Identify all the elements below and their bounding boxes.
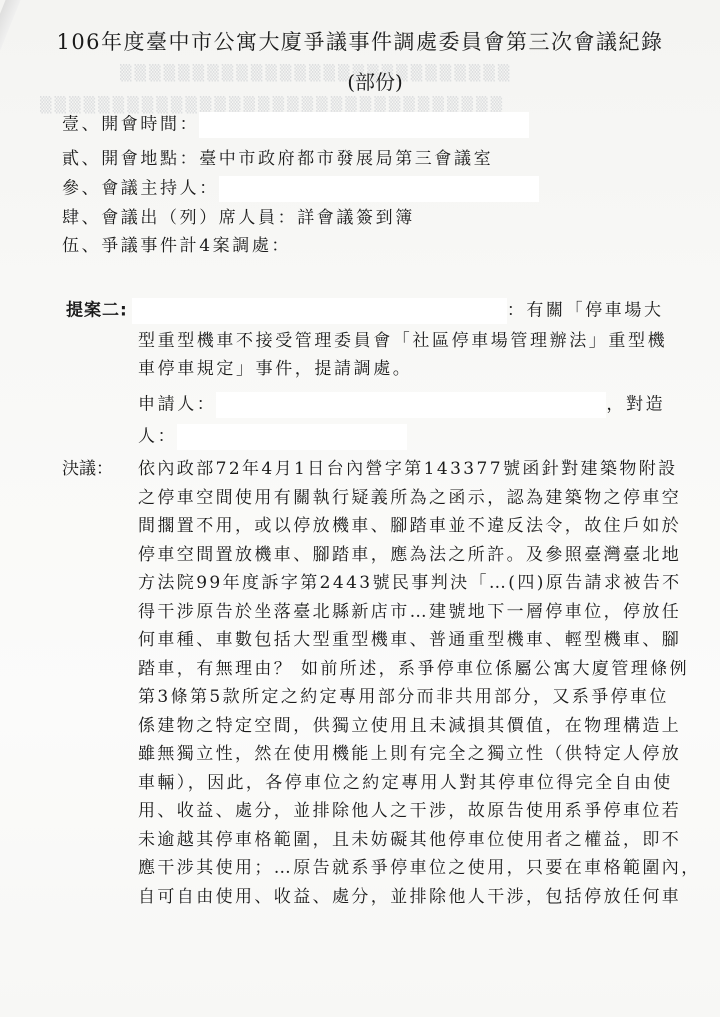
agenda-item-cases: 伍、爭議事件計4案調處： bbox=[62, 235, 291, 257]
resolution-line: 車輛），因此，各停車位之約定專用人對其停車位得完全自由使 bbox=[138, 769, 666, 798]
document-subtitle: (部份) bbox=[0, 66, 720, 95]
resolution-line: 停車空間置放機車、腳踏車，應為法之所許。及參照臺灣臺北地 bbox=[138, 541, 666, 570]
agenda-label: 肆、會議出（列）席人員： bbox=[62, 208, 297, 228]
resolution-line: 得干涉原告於坐落臺北縣新店市…建號地下一層停車位，停放任 bbox=[138, 598, 666, 627]
agenda-item-location: 貳、開會地點：臺中市政府都市發展局第三會議室 bbox=[62, 148, 493, 170]
redacted-block bbox=[199, 112, 529, 138]
resolution-line: 何車種、車數包括大型重型機車、普通重型機車、輕型機車、腳 bbox=[138, 626, 666, 655]
agenda-label: 參、會議主持人： bbox=[62, 179, 219, 199]
resolution-line: 踏車，有無理由？ 如前所述，系爭停車位係屬公寓大廈管理條例 bbox=[138, 655, 666, 684]
scanned-page: ▒▒▒▒▒▒▒▒▒▒▒▒▒▒▒▒▒▒▒▒▒▒▒▒▒▒▒ ▒▒▒▒▒▒▒▒▒▒▒▒… bbox=[0, 0, 720, 1017]
resolution-line: 用、收益、處分，並排除他人之干涉，故原告使用系爭停車位若 bbox=[138, 797, 666, 826]
applicant-label: 申請人： bbox=[138, 395, 216, 415]
resolution-line: 係建物之特定空間，供獨立使用且未減損其價值，在物理構造上 bbox=[138, 712, 666, 741]
proposal-line: 車停車規定」事件，提請調處。 bbox=[138, 358, 412, 380]
resolution-line: 間擱置不用，或以停放機車、腳踏車並不違反法令，故住戶如於 bbox=[138, 512, 666, 541]
proposal-line: 型重型機車不接受管理委員會「社區停車場管理辦法」重型機 bbox=[138, 330, 667, 352]
resolution-line: 第3條第5款所定之約定專用部分而非共用部分，又系爭停車位 bbox=[138, 683, 666, 712]
proposal-respondent: 人： bbox=[138, 424, 407, 450]
resolution-line: 之停車空間使用有關執行疑義所為之函示，認為建築物之停車空 bbox=[138, 484, 666, 513]
resolution-line: 依內政部72年4月1日台內營字第143377號函針對建築物附設 bbox=[138, 455, 666, 484]
proposal-line1-suffix: ：有關「停車場大 bbox=[507, 301, 664, 321]
redacted-block bbox=[219, 176, 539, 202]
resolution-line: 未逾越其停車格範圍，且未妨礙其他停車位使用者之權益，即不 bbox=[138, 826, 666, 855]
agenda-value: 臺中市政府都市發展局第三會議室 bbox=[199, 149, 493, 169]
resolution-label: 決議： bbox=[62, 458, 113, 480]
respondent-suffix: ，對造 bbox=[606, 395, 665, 415]
redacted-block bbox=[177, 424, 407, 450]
agenda-label: 伍、爭議事件計4案調處： bbox=[62, 236, 291, 256]
respondent-label: 人： bbox=[138, 427, 177, 447]
redacted-block bbox=[216, 392, 606, 418]
agenda-label: 貳、開會地點： bbox=[62, 149, 199, 169]
agenda-item-attendees: 肆、會議出（列）席人員：詳會議簽到簿 bbox=[62, 207, 415, 229]
agenda-value: 詳會議簽到簿 bbox=[297, 208, 415, 228]
agenda-item-chair: 參、會議主持人： bbox=[62, 176, 539, 202]
redacted-block bbox=[132, 298, 507, 324]
resolution-line: 應干涉其使用；…原告就系爭停車位之使用，只要在車格範圍內， bbox=[138, 854, 666, 883]
document-title: 106年度臺中市公寓大廈爭議事件調處委員會第三次會議紀錄 bbox=[0, 26, 720, 56]
resolution-line: 自可自由使用、收益、處分，並排除他人干涉，包括停放任何車 bbox=[138, 883, 666, 912]
agenda-item-time: 壹、開會時間： bbox=[62, 112, 529, 138]
proposal-header: 提案二:：有關「停車場大 bbox=[66, 298, 664, 324]
resolution-body: 依內政部72年4月1日台內營字第143377號函針對建築物附設 之停車空間使用有… bbox=[138, 455, 666, 911]
agenda-label: 壹、開會時間： bbox=[62, 115, 199, 135]
proposal-applicant: 申請人：，對造 bbox=[138, 392, 665, 418]
proposal-label: 提案二: bbox=[66, 301, 128, 321]
resolution-line: 雖無獨立性，然在使用機能上則有完全之獨立性（供特定人停放 bbox=[138, 740, 666, 769]
resolution-line: 方法院99年度訴字第2443號民事判決「…(四)原告請求被告不 bbox=[138, 569, 666, 598]
